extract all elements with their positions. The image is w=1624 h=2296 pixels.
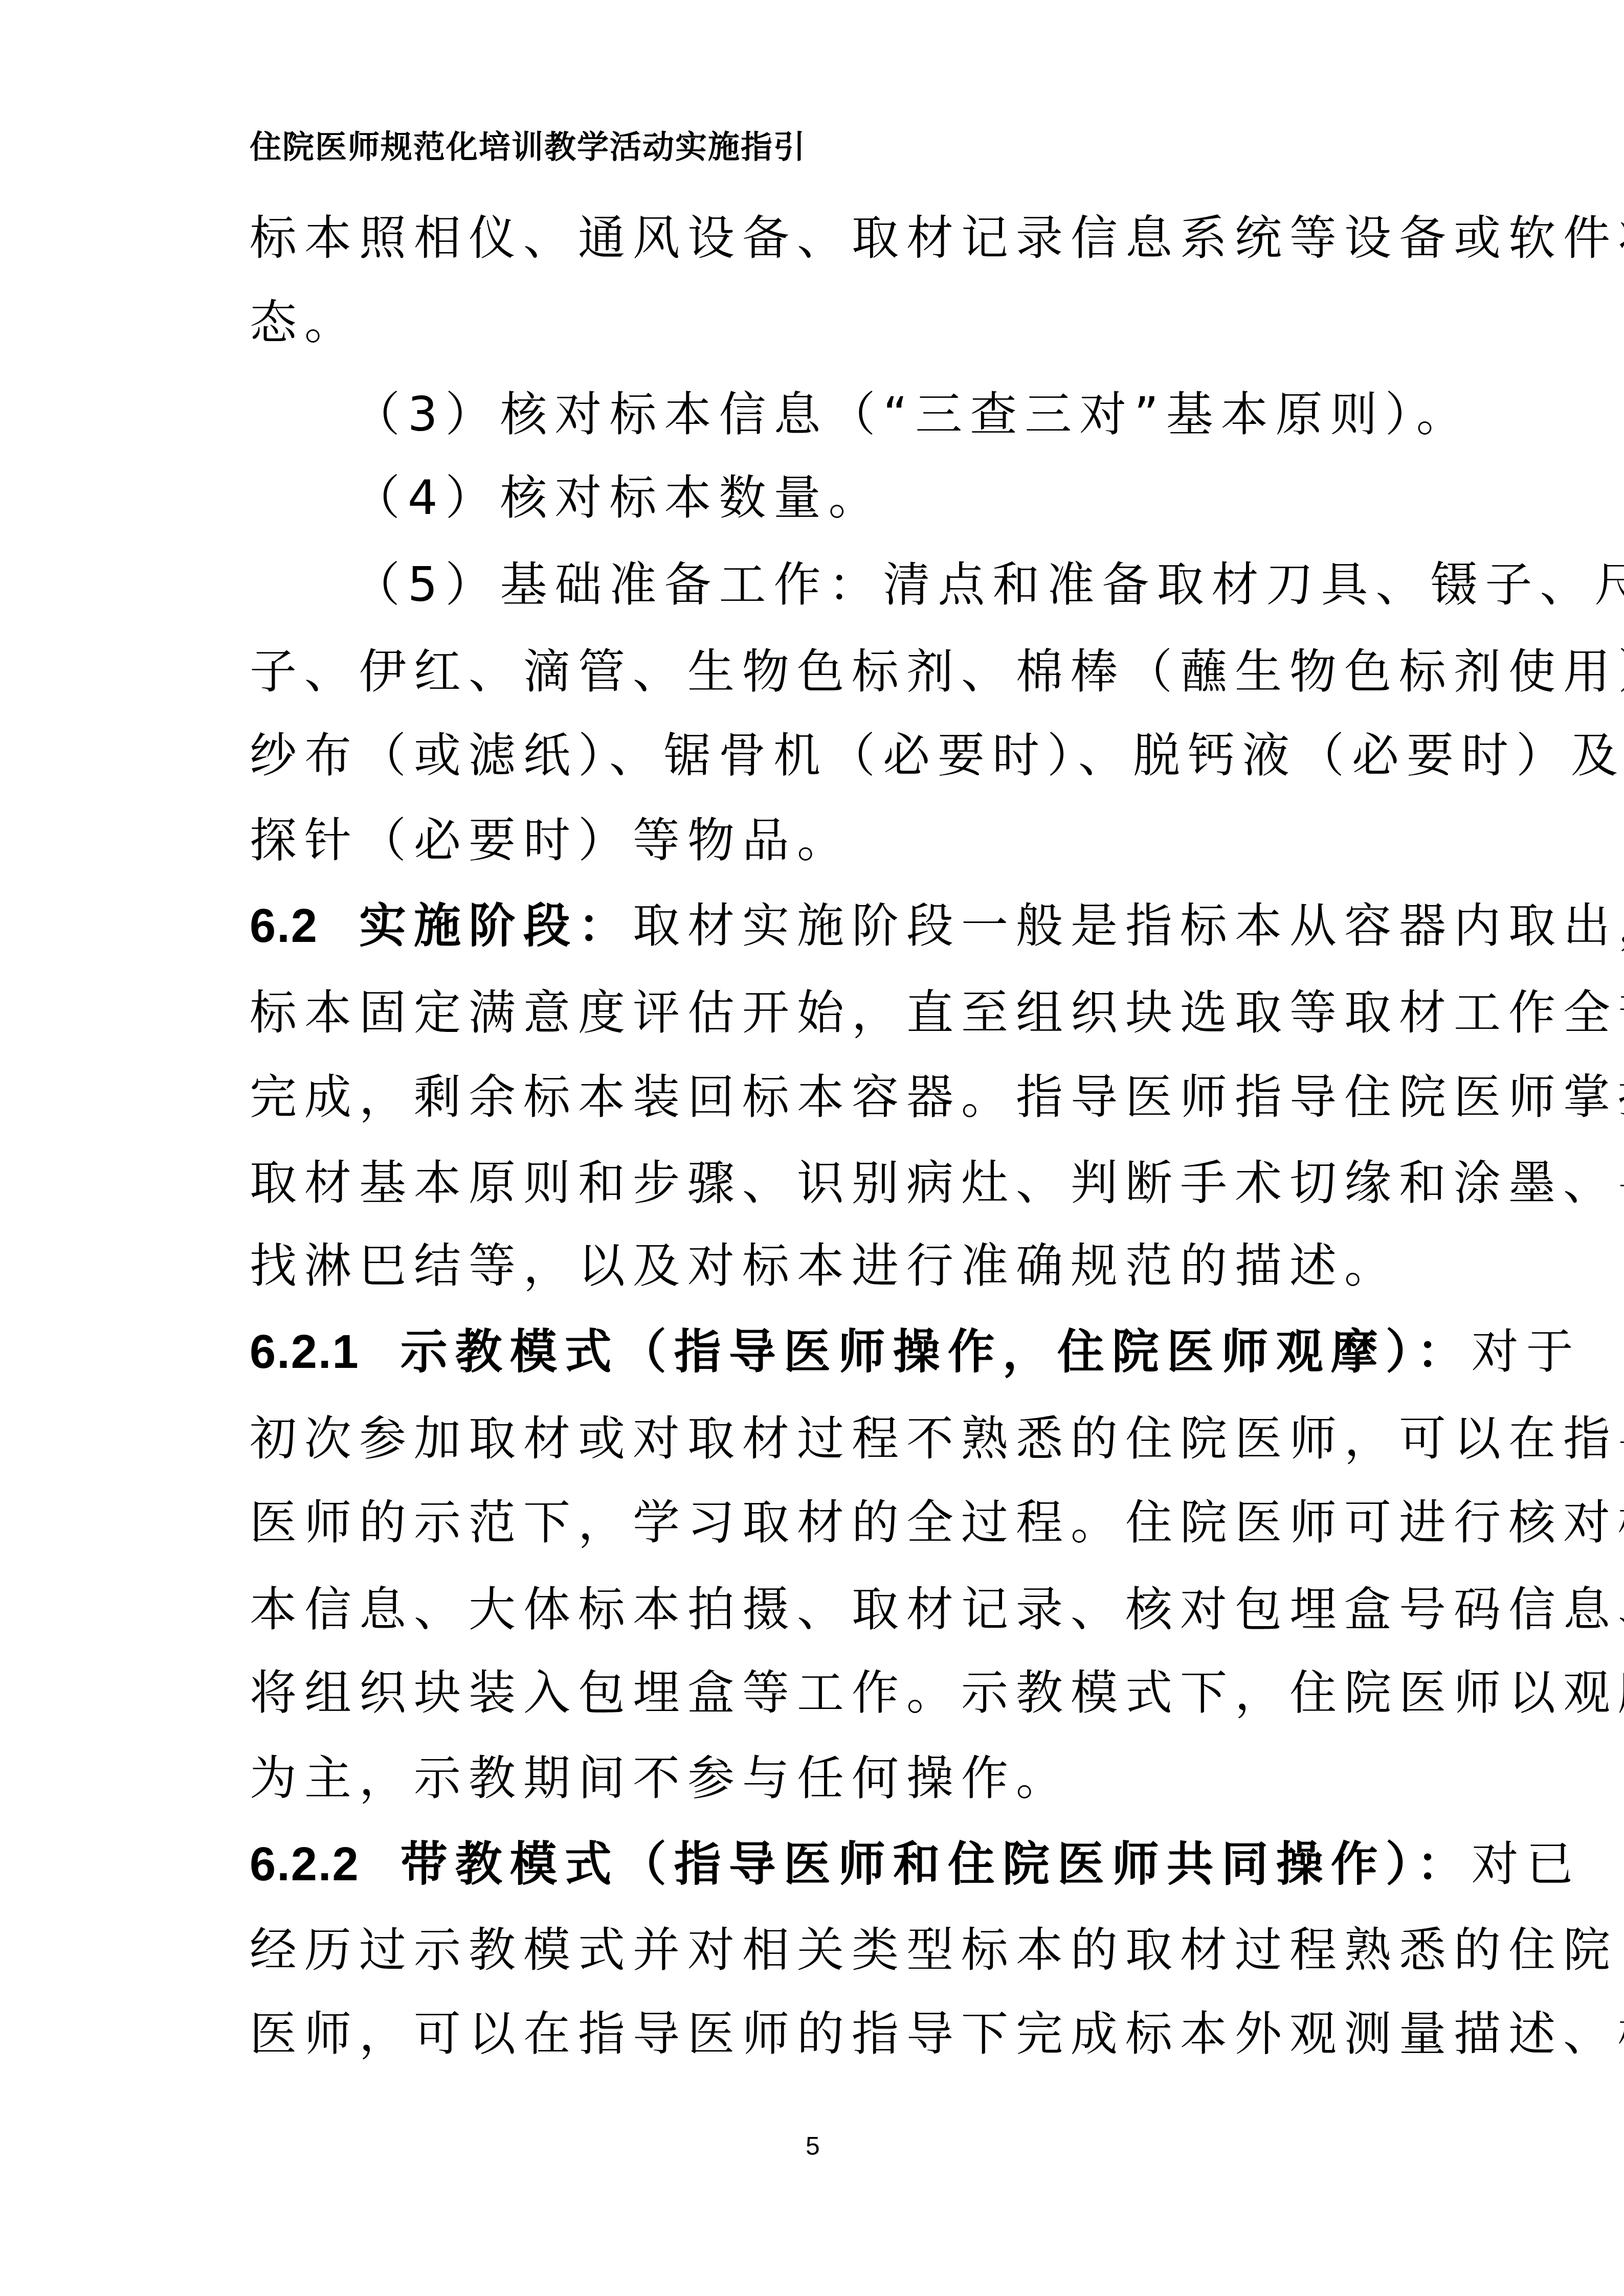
section-heading: 实施阶段： (359, 898, 633, 953)
body-line: 标本固定满意度评估开始，直至组织块选取等取材工作全部 (250, 989, 1624, 1037)
section-number: 6.2.2 (250, 1838, 360, 1890)
page-number: 5 (806, 2131, 820, 2161)
running-header: 住院医师规范化培训教学活动实施指引 (250, 122, 806, 167)
section-heading: 带教模式（指导医师和住院医师共同操作）： (401, 1837, 1472, 1892)
body-line: 完成，剩余标本装回标本容器。指导医师指导住院医师掌握 (250, 1074, 1624, 1121)
list-item-3: （3）核对标本信息（“三查三对”基本原则）。 (353, 391, 1471, 438)
body-line: 纱布（或滤纸）、锯骨机（必要时）、脱钙液（必要时）及 (250, 732, 1624, 779)
section-number: 6.2.1 (250, 1326, 360, 1378)
body-line: 将组织块装入包埋盒等工作。示教模式下，住院医师以观摩 (250, 1670, 1624, 1717)
section-6-2-2: 6.2.2带教模式（指导医师和住院医师共同操作）：对已 (250, 1841, 1581, 1888)
body-line: 初次参加取材或对取材过程不熟悉的住院医师，可以在指导 (250, 1415, 1624, 1462)
section-text: 取材实施阶段一般是指标本从容器内取出， (633, 898, 1624, 953)
section-6-2-1: 6.2.1示教模式（指导医师操作，住院医师观摩）：对于 (250, 1329, 1581, 1376)
body-line: 经历过示教模式并对相关类型标本的取材过程熟悉的住院 (250, 1927, 1618, 1974)
list-item-5: （5）基础准备工作：清点和准备取材刀具、镊子、尺 (353, 561, 1624, 609)
section-number: 6.2 (250, 900, 318, 952)
body-line: 取材基本原则和步骤、识别病灶、判断手术切缘和涂墨、寻 (250, 1160, 1624, 1207)
body-line: 找淋巴结等，以及对标本进行准确规范的描述。 (250, 1243, 1399, 1290)
section-heading: 示教模式（指导医师操作，住院医师观摩）： (401, 1324, 1472, 1379)
body-line: 标本照相仪、通风设备、取材记录信息系统等设备或软件状 (250, 215, 1624, 262)
list-item-4: （4）核对标本数量。 (353, 475, 883, 522)
body-line: 探针（必要时）等物品。 (250, 817, 852, 864)
body-line: 本信息、大体标本拍摄、取材记录、核对包埋盒号码信息、 (250, 1586, 1624, 1633)
body-line: 态。 (250, 299, 359, 346)
document-page: 住院医师规范化培训教学活动实施指引 标本照相仪、通风设备、取材记录信息系统等设备… (0, 0, 1624, 2296)
body-line: 子、伊红、滴管、生物色标剂、棉棒（蘸生物色标剂使用）、 (250, 648, 1624, 695)
body-line: 为主，示教期间不参与任何操作。 (250, 1755, 1071, 1802)
section-6-2: 6.2实施阶段：取材实施阶段一般是指标本从容器内取出， (250, 903, 1624, 950)
section-text: 对于 (1472, 1324, 1581, 1379)
body-line: 医师，可以在指导医师的指导下完成标本外观测量描述、标 (250, 2011, 1624, 2058)
body-line: 医师的示范下，学习取材的全过程。住院医师可进行核对标 (250, 1499, 1624, 1546)
section-text: 对已 (1472, 1837, 1581, 1892)
